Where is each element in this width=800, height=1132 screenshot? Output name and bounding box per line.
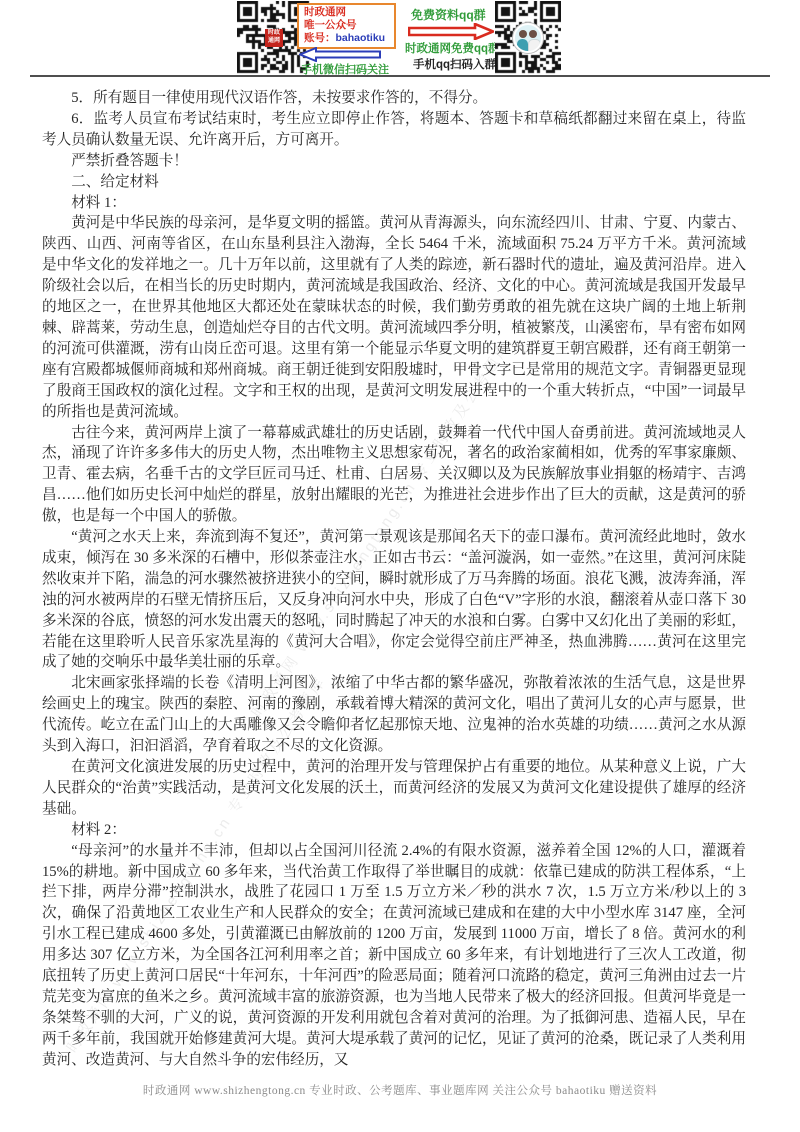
material1-paragraph: 黄河是中华民族的母亲河，是华夏文明的摇篮。黄河从青海源头，向东流经四川、甘肃、宁… bbox=[42, 213, 746, 422]
qr-logo-line1: 时政 bbox=[265, 29, 283, 37]
footer-site-info: 时政通网 www.shizhengtong.cn 专业时政、公考题库、事业题库网… bbox=[0, 1082, 800, 1098]
instruction-5: 5．所有题目一律使用现代汉语作答，未按要求作答的，不得分。 bbox=[42, 88, 746, 109]
official-account-label: 唯一公众号 bbox=[304, 19, 394, 32]
material1-label: 材料 1： bbox=[42, 193, 746, 214]
no-fold-warning: 严禁折叠答题卡！ bbox=[42, 151, 746, 172]
promo-header: 时政 通网 时政通网 唯一公众号 账号：bahaotiku 手机微信扫码关注 免… bbox=[0, 0, 800, 77]
material1-paragraph: 在黄河文化演进发展的历史过程中，黄河的治理开发与管理保护占有重要的地位。从某种意… bbox=[42, 757, 746, 820]
instruction-6: 6．监考人员宣布考试结束时，考生应立即停止作答，将题本、答题卡和草稿纸都翻过来留… bbox=[42, 109, 746, 151]
section-title: 二、给定材料 bbox=[42, 172, 746, 193]
qq-qr-code bbox=[495, 1, 561, 74]
qq-group-label: 时政通网免费qq群 bbox=[405, 40, 500, 56]
account-line: 账号：bahaotiku bbox=[304, 32, 394, 45]
qr-center-logo: 时政 通网 bbox=[265, 29, 283, 47]
material1-paragraph: 北宋画家张择端的长卷《清明上河图》，浓缩了中华古都的繁华盛况，弥散着浓浓的生活气… bbox=[42, 673, 746, 757]
account-value: bahaotiku bbox=[336, 32, 386, 44]
account-label: 账号： bbox=[304, 32, 336, 44]
material2-label: 材料 2： bbox=[42, 820, 746, 841]
document-body: 5．所有题目一律使用现代汉语作答，未按要求作答的，不得分。 6．监考人员宣布考试… bbox=[42, 88, 746, 1071]
material1-paragraph: “黄河之水天上来，奔流到海不复还”，黄河第一景观该是那闻名天下的壶口瀑布。黄河流… bbox=[42, 527, 746, 673]
material2-paragraph: “母亲河”的水量并不丰沛，但却以占全国河川径流 2.4%的有限水资源，滋养着全国… bbox=[42, 841, 746, 1071]
account-box: 时政通网 唯一公众号 账号：bahaotiku bbox=[297, 3, 396, 49]
qr-logo-line2: 通网 bbox=[265, 37, 283, 45]
header-divider bbox=[30, 75, 770, 77]
site-name: 时政通网 bbox=[304, 6, 394, 19]
exam-document-page: 时政 通网 时政通网 唯一公众号 账号：bahaotiku 手机微信扫码关注 免… bbox=[0, 0, 800, 1132]
material1-paragraph: 古往今来，黄河两岸上演了一幕幕威武雄壮的历史话剧，鼓舞着一代代中国人奋勇前进。黄… bbox=[42, 423, 746, 528]
free-material-label: 免费资料qq群 bbox=[411, 6, 486, 23]
qq-avatar bbox=[513, 23, 543, 53]
qq-scan-caption: 手机qq扫码入群 bbox=[413, 56, 496, 72]
